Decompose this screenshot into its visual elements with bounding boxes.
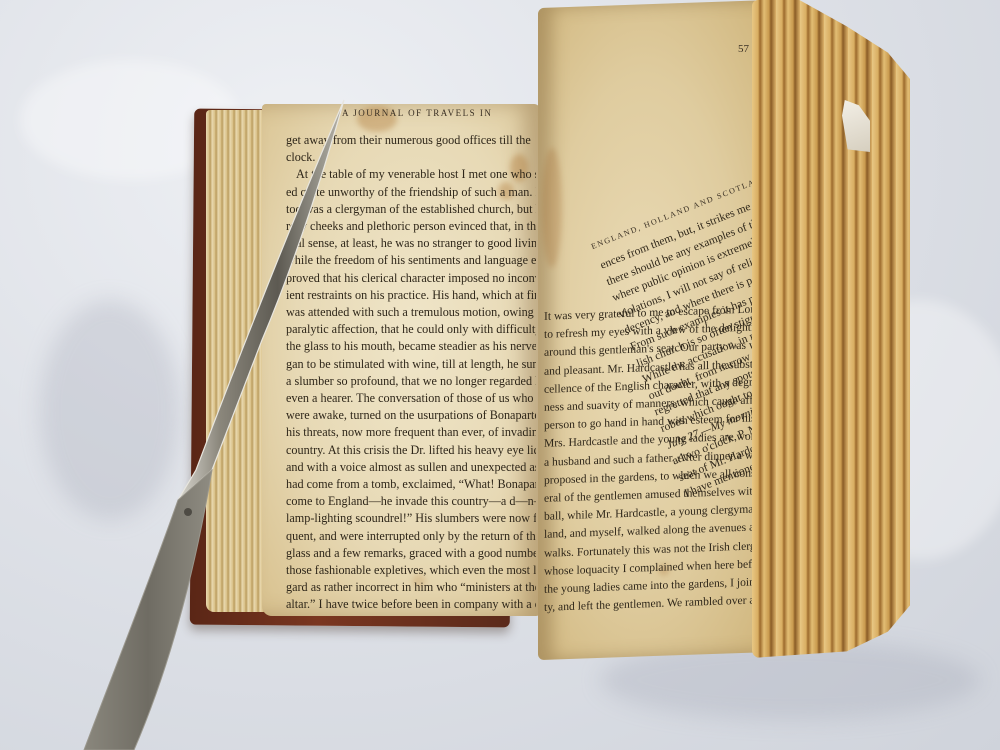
right-page-text-lower: It was very grateful to me to escape fro…	[544, 300, 762, 617]
text-line: lamp-lighting scoundrel!” His slumbers w…	[286, 510, 536, 527]
text-line: had come from a tomb, exclaimed, “What! …	[286, 476, 536, 493]
text-line: ient restraints on his practice. His han…	[286, 287, 536, 304]
running-head: A Journal of Travels in	[342, 108, 540, 118]
text-line: while the freedom of his sentiments and …	[286, 252, 536, 269]
text-line: the glass to his mouth, became steadier …	[286, 338, 536, 355]
text-line: gard as rather incorrect in him who “min…	[286, 579, 536, 596]
text-line: ural sense, at least, he was no stranger…	[286, 235, 536, 252]
open-book: A Journal of Travels in get away from th…	[0, 0, 1000, 750]
text-line: come to England—he invade this country—a…	[286, 493, 536, 510]
right-page: 57 England, Holland and Scotland. ences …	[538, 0, 770, 660]
text-line: get away from their numerous good office…	[286, 132, 536, 149]
text-line: glass and a few remarks, graced with a g…	[286, 545, 536, 562]
text-line: rosy cheeks and plethoric person evinced…	[286, 218, 536, 235]
text-line: quent, and were interrupted only by the …	[286, 528, 536, 545]
text-line: altar.” I have twice before been in comp…	[286, 596, 536, 613]
text-line: At the table of my venerable host I met …	[286, 166, 536, 183]
text-line: even a hearer. The conversation of those…	[286, 390, 536, 407]
text-line: those fashionable expletives, which even…	[286, 562, 536, 579]
text-line: gan to be stimulated with wine, till at …	[286, 356, 536, 373]
page-edges-right	[752, 0, 910, 658]
text-line: country. At this crisis the Dr. lifted h…	[286, 442, 536, 459]
text-line: paralytic affection, that he could only …	[286, 321, 536, 338]
text-line: proved that his clerical character impos…	[286, 270, 536, 287]
text-line: clock.	[286, 149, 536, 166]
text-line: his threats, now more frequent than ever…	[286, 424, 536, 441]
text-line: and with a voice almost as sullen and un…	[286, 459, 536, 476]
text-line: gyman in this country, whom wine stimula…	[286, 614, 536, 616]
text-line: ed quite unworthy of the friendship of s…	[286, 184, 536, 201]
left-page-text: get away from their numerous good office…	[286, 132, 536, 616]
text-line: were awake, turned on the usurpations of…	[286, 407, 536, 424]
text-line: a slumber so profound, that we no longer…	[286, 373, 536, 390]
text-line: too was a clergyman of the established c…	[286, 201, 536, 218]
text-line: was attended with such a tremulous motio…	[286, 304, 536, 321]
left-page: A Journal of Travels in get away from th…	[262, 104, 540, 616]
